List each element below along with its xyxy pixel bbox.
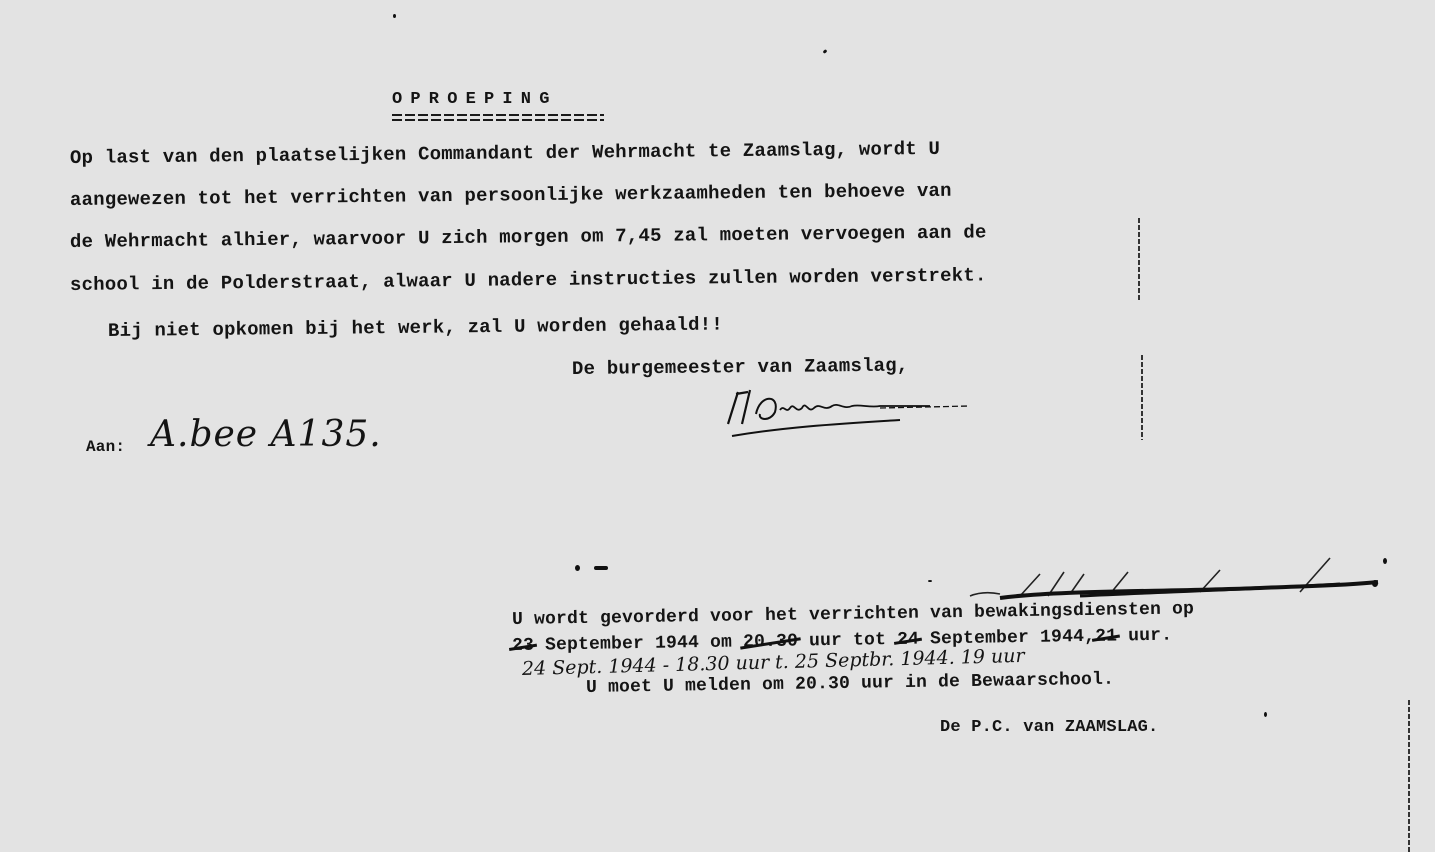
body-line: de Wehrmacht alhier, waarvoor U zich mor… — [70, 221, 987, 253]
struck-end-time: 21 — [1095, 626, 1117, 646]
struck-start-day: 23 — [512, 636, 534, 656]
ink-speck — [1383, 558, 1387, 564]
ink-speck — [575, 565, 580, 571]
margin-line — [1141, 355, 1143, 440]
ink-speck — [928, 580, 932, 582]
addressee-handwritten: A.bee A135. — [150, 414, 382, 455]
warning-line: Bij niet opkomen bij het werk, zal U wor… — [108, 314, 723, 342]
month-year-1: September 1944 om — [545, 633, 732, 656]
ink-speck — [393, 14, 396, 18]
notice-line-1: U wordt gevorderd voor het verrichten va… — [512, 599, 1194, 630]
ink-speck — [1264, 712, 1267, 717]
end-text: uur. — [1128, 626, 1172, 647]
body-line: aangewezen tot het verrichten van persoo… — [70, 180, 952, 211]
title-double-underline — [392, 114, 604, 124]
margin-line — [1138, 218, 1140, 300]
ink-speck — [594, 566, 608, 570]
document-page: OPROEPING Op last van den plaatselijken … — [0, 0, 1435, 852]
mayor-signature — [720, 384, 980, 444]
ink-speck — [823, 49, 828, 54]
struck-start-time: 20.30 — [743, 632, 798, 653]
body-line: Op last van den plaatselijken Commandant… — [70, 138, 940, 169]
signatory-pc: De P.C. van ZAAMSLAG. — [940, 718, 1158, 737]
margin-line — [1408, 700, 1410, 852]
document-title: OPROEPING — [392, 90, 558, 109]
signatory-mayor: De burgemeester van Zaamslag, — [572, 354, 909, 380]
body-line: school in de Polderstraat, alwaar U nade… — [70, 264, 987, 296]
addressee-label: Aan: — [86, 438, 125, 456]
